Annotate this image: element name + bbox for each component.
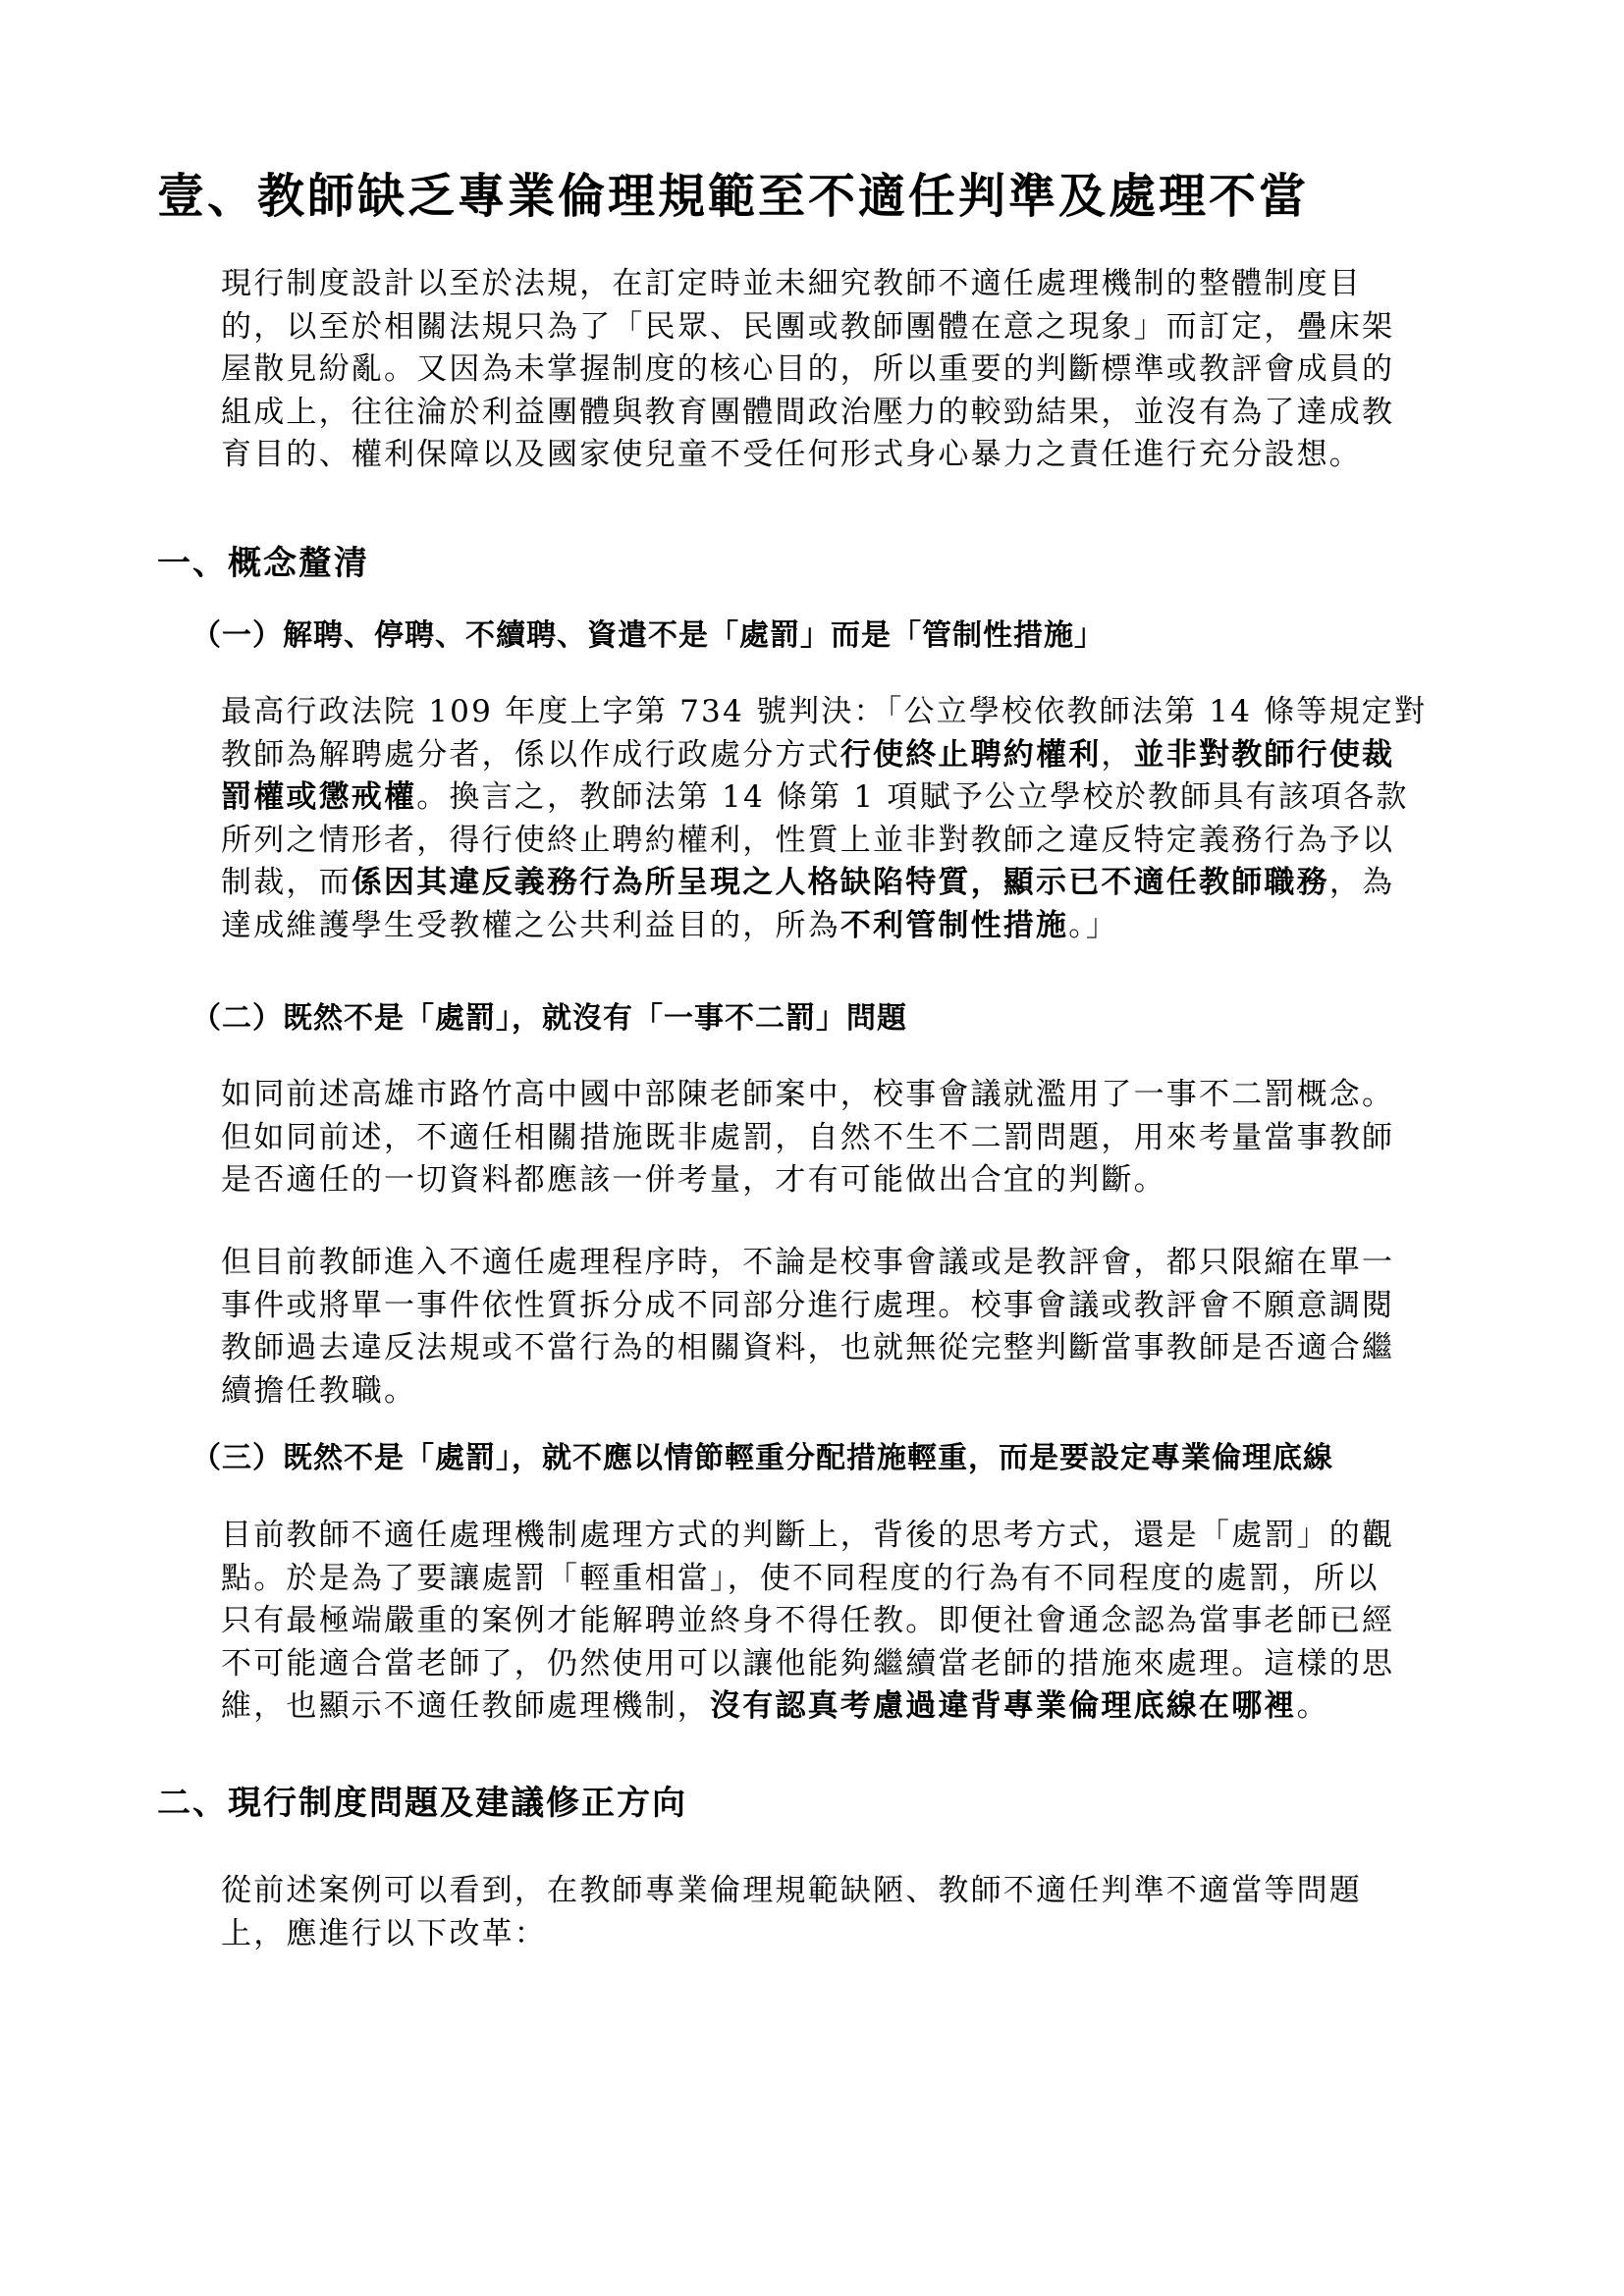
text-run: 但如同前述，不適任相關措施既非處罰，自然不生不二罰問題，用來考量當事教師 — [221, 1120, 1394, 1155]
text-run: 的，以至於相關法規只為了「民眾、民團或教師團體在意之現象」而訂定，疊床架 — [221, 309, 1394, 345]
bold-text: 並非對教師行使裁 — [1134, 737, 1395, 773]
document-title: 壹、教師缺乏專業倫理規範至不適任判準及處理不當 — [157, 165, 1309, 228]
text-run: 教師過去違反法規或不當行為的相關資料，也就無從完整判斷當事教師是否適合繼 — [221, 1330, 1394, 1365]
subsection-heading-3: （三）既然不是「處罰」，就不應以情節輕重分配措施輕重，而是要設定專業倫理底線 — [191, 1439, 1333, 1478]
text-line: 但目前教師進入不適任處理程序時，不論是校事會議或是教評會，都只限縮在單一 — [221, 1242, 1419, 1285]
reform-intro-paragraph: 從前述案例可以看到，在教師專業倫理規範缺陋、教師不適任判準不適當等問題上，應進行… — [221, 1870, 1419, 1955]
ethics-baseline-paragraph: 目前教師不適任處理機制處理方式的判斷上，背後的思考方式，還是「處罰」的觀點。於是… — [221, 1515, 1419, 1729]
text-line: 所列之情形者，得行使終止聘約權利，性質上並非對教師之違反特定義務行為予以 — [221, 820, 1419, 863]
text-run: 如同前述高雄市路竹高中國中部陳老師案中，校事會議就濫用了一事不二罰概念。 — [221, 1077, 1394, 1112]
text-run: 點。於是為了要讓處罰「輕重相當」，使不同程度的行為有不同程度的處罰，所以 — [221, 1561, 1380, 1596]
text-run: 。」 — [1068, 908, 1118, 943]
text-run: ，為 — [1329, 865, 1394, 900]
double-jeopardy-paragraph-2: 但目前教師進入不適任處理程序時，不論是校事會議或是教評會，都只限縮在單一事件或將… — [221, 1242, 1419, 1413]
bold-text: 係因其違反義務行為所呈現之人格缺陷特質，顯示已不適任教師職務 — [352, 865, 1329, 900]
text-line: 不可能適合當老師了，仍然使用可以讓他能夠繼續當老師的措施來處理。這樣的思 — [221, 1643, 1419, 1686]
subsection-heading-1: （一）解聘、停聘、不續聘、資遣不是「處罰」而是「管制性措施」 — [191, 616, 1105, 656]
text-line: 現行制度設計以至於法規，在訂定時並未細究教師不適任處理機制的整體制度目 — [221, 263, 1419, 306]
text-run: 現行制度設計以至於法規，在訂定時並未細究教師不適任處理機制的整體制度目 — [221, 266, 1362, 301]
text-run: 育目的、權利保障以及國家使兒童不受任何形式身心暴力之責任進行充分設想。 — [221, 437, 1362, 472]
text-line: 只有最極端嚴重的案例才能解聘並終身不得任教。即便社會通念認為當事老師已經 — [221, 1600, 1419, 1643]
court-ruling-quote-paragraph: 最高行政法院 109 年度上字第 734 號判決：「公立學校依教師法第 14 條… — [221, 691, 1419, 947]
text-run: 續擔任教職。 — [221, 1373, 416, 1409]
section-heading-reform-direction: 二、現行制度問題及建議修正方向 — [157, 1782, 687, 1825]
text-run: 不可能適合當老師了，仍然使用可以讓他能夠繼續當老師的措施來處理。這樣的思 — [221, 1646, 1394, 1682]
text-line: 組成上，往往淪於利益團體與教育團體間政治壓力的較勁結果，並沒有為了達成教 — [221, 392, 1419, 435]
text-run: 屋散見紛亂。又因為未掌握制度的核心目的，所以重要的判斷標準或教評會成員的 — [221, 351, 1394, 387]
text-line: 上，應進行以下改革： — [221, 1913, 1419, 1956]
text-line: 是否適任的一切資料都應該一併考量，才有可能做出合宜的判斷。 — [221, 1159, 1419, 1202]
text-line: 達成維護學生受教權之公共利益目的，所為不利管制性措施。」 — [221, 905, 1419, 948]
text-line: 從前述案例可以看到，在教師專業倫理規範缺陋、教師不適任判準不適當等問題 — [221, 1870, 1419, 1913]
text-run: 。 — [1297, 1688, 1329, 1724]
text-line: 制裁，而係因其違反義務行為所呈現之人格缺陷特質，顯示已不適任教師職務，為 — [221, 862, 1419, 905]
text-run: 維，也顯示不適任教師處理機制， — [221, 1688, 710, 1724]
text-line: 屋散見紛亂。又因為未掌握制度的核心目的，所以重要的判斷標準或教評會成員的 — [221, 348, 1419, 392]
text-line: 最高行政法院 109 年度上字第 734 號判決：「公立學校依教師法第 14 條… — [221, 691, 1419, 734]
text-run: 所列之情形者，得行使終止聘約權利，性質上並非對教師之違反特定義務行為予以 — [221, 823, 1394, 858]
text-run: 從前述案例可以看到，在教師專業倫理規範缺陋、教師不適任判準不適當等問題 — [221, 1873, 1362, 1908]
section-heading-concept-clarification: 一、概念釐清 — [157, 542, 369, 585]
text-run: 上，應進行以下改革： — [221, 1916, 547, 1951]
text-run: ， — [1101, 737, 1133, 773]
bold-text: 行使終止聘約權利 — [840, 737, 1102, 773]
bold-text: 不利管制性措施 — [840, 908, 1068, 943]
document-page: 壹、教師缺乏專業倫理規範至不適任判準及處理不當 現行制度設計以至於法規，在訂定時… — [0, 0, 1624, 2296]
text-run: 。換言之，教師法第 14 條第 1 項賦予公立學校於教師具有該項各款 — [416, 779, 1408, 815]
text-line: 事件或將單一事件依性質拆分成不同部分進行處理。校事會議或教評會不願意調閱 — [221, 1285, 1419, 1328]
intro-paragraph: 現行制度設計以至於法規，在訂定時並未細究教師不適任處理機制的整體制度目的，以至於… — [221, 263, 1419, 477]
text-run: 制裁，而 — [221, 865, 352, 900]
bold-text: 罰權或懲戒權 — [221, 779, 416, 815]
text-run: 教師為解聘處分者，係以作成行政處分方式 — [221, 737, 840, 773]
text-run: 最高行政法院 109 年度上字第 734 號判決：「公立學校依教師法第 14 條… — [221, 694, 1427, 729]
text-line: 如同前述高雄市路竹高中國中部陳老師案中，校事會議就濫用了一事不二罰概念。 — [221, 1074, 1419, 1117]
double-jeopardy-paragraph-1: 如同前述高雄市路竹高中國中部陳老師案中，校事會議就濫用了一事不二罰概念。但如同前… — [221, 1074, 1419, 1202]
text-run: 但目前教師進入不適任處理程序時，不論是校事會議或是教評會，都只限縮在單一 — [221, 1245, 1394, 1280]
text-line: 但如同前述，不適任相關措施既非處罰，自然不生不二罰問題，用來考量當事教師 — [221, 1117, 1419, 1160]
bold-text: 沒有認真考慮過違背專業倫理底線在哪裡 — [710, 1688, 1297, 1724]
text-line: 教師過去違反法規或不當行為的相關資料，也就無從完整判斷當事教師是否適合繼 — [221, 1327, 1419, 1370]
text-run: 是否適任的一切資料都應該一併考量，才有可能做出合宜的判斷。 — [221, 1162, 1166, 1198]
text-run: 組成上，往往淪於利益團體與教育團體間政治壓力的較勁結果，並沒有為了達成教 — [221, 395, 1394, 430]
subsection-heading-2: （二）既然不是「處罰」，就沒有「一事不二罰」問題 — [191, 999, 907, 1039]
text-run: 達成維護學生受教權之公共利益目的，所為 — [221, 908, 840, 943]
text-run: 目前教師不適任處理機制處理方式的判斷上，背後的思考方式，還是「處罰」的觀 — [221, 1518, 1394, 1553]
text-line: 的，以至於相關法規只為了「民眾、民團或教師團體在意之現象」而訂定，疊床架 — [221, 306, 1419, 349]
text-line: 目前教師不適任處理機制處理方式的判斷上，背後的思考方式，還是「處罰」的觀 — [221, 1515, 1419, 1558]
text-line: 育目的、權利保障以及國家使兒童不受任何形式身心暴力之責任進行充分設想。 — [221, 434, 1419, 477]
text-run: 只有最極端嚴重的案例才能解聘並終身不得任教。即便社會通念認為當事老師已經 — [221, 1603, 1394, 1638]
text-line: 教師為解聘處分者，係以作成行政處分方式行使終止聘約權利，並非對教師行使裁 — [221, 734, 1419, 777]
text-line: 續擔任教職。 — [221, 1370, 1419, 1414]
text-line: 罰權或懲戒權。換言之，教師法第 14 條第 1 項賦予公立學校於教師具有該項各款 — [221, 776, 1419, 820]
text-line: 維，也顯示不適任教師處理機制，沒有認真考慮過違背專業倫理底線在哪裡。 — [221, 1685, 1419, 1729]
text-line: 點。於是為了要讓處罰「輕重相當」，使不同程度的行為有不同程度的處罰，所以 — [221, 1558, 1419, 1601]
text-run: 事件或將單一事件依性質拆分成不同部分進行處理。校事會議或教評會不願意調閱 — [221, 1288, 1394, 1323]
